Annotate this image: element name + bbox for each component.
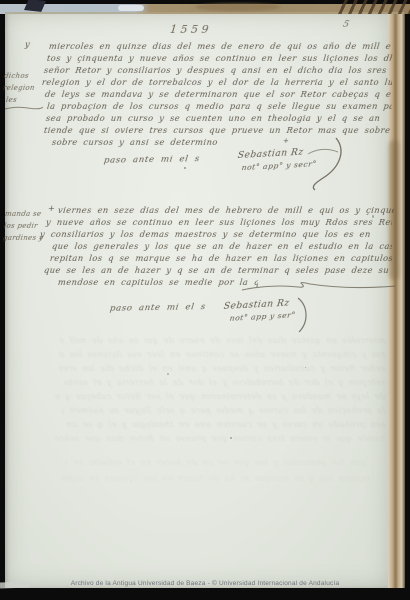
- bleedthrough-line: la probaçion de los cursos q medio para …: [61, 406, 385, 415]
- manuscript-line: señor Retor y consiliarios y despues q a…: [43, 65, 392, 75]
- bleedthrough-line: que los generales y los que se an de haz…: [65, 458, 366, 467]
- margin-note-line: relegion: [2, 84, 45, 92]
- manuscript-line: sobre cursos y ansi se determino: [51, 137, 252, 147]
- manuscript-line: de leys se mandava y se determinaron que…: [44, 89, 392, 99]
- ink-speck: [305, 367, 306, 368]
- manuscript-line: viernes en seze dias del mes de hebrero …: [57, 205, 394, 215]
- year-heading: 1559: [169, 23, 232, 36]
- manuscript-line: que los generales y los que se an de haz…: [51, 241, 392, 251]
- fore-edge-streaks: [338, 0, 410, 14]
- manuscript-line: y nueve años se continuo en leer sus liç…: [45, 217, 392, 227]
- bleedthrough-line: miercoles en quinze dias del mes de ener…: [54, 336, 385, 345]
- manuscript-line: la probaçion de los cursos q medio para …: [46, 101, 392, 111]
- manuscript-line: miercoles en quinze dias del mes de ener…: [48, 41, 392, 51]
- manuscript-line: relegion y el dor de torrebalcos y el do…: [41, 77, 392, 87]
- manuscript-line: tos y çinquenta y nueve años se continuo…: [46, 53, 392, 63]
- bleedthrough-line: señor Retor y consiliarios y despues q a…: [51, 364, 385, 373]
- bleedthrough-line: repitan los q se marque se ha de hazer e…: [59, 474, 370, 483]
- margin-note-line: les: [5, 96, 42, 104]
- ink-speck: [372, 215, 374, 218]
- closing-formula: paso ante mi el scr°: [109, 302, 206, 314]
- bleedthrough-line: tiende que si oviere tres cursos que pru…: [53, 434, 385, 443]
- manuscript-line: tiende que si oviere tres cursos que pru…: [43, 125, 392, 135]
- bleedthrough-line: de leys se mandava y se determinaron que…: [54, 392, 385, 401]
- bleedthrough-line: relegion y el dor de torrebalcos y el do…: [57, 378, 385, 387]
- manuscript-line: y consiliarios y los demas maestros y se…: [39, 229, 392, 239]
- margin-note-line: manda se: [4, 210, 47, 218]
- manuscript-line: mendose en capitulos se medie por la q: [57, 277, 258, 287]
- paragraph-end-flourish: [240, 280, 398, 294]
- ink-speck: [167, 373, 169, 375]
- signature-rubric-flourish: [302, 136, 346, 192]
- manuscript-line: sea probado un curso y se cuenten uno en…: [45, 113, 392, 123]
- ink-speck: [230, 437, 232, 439]
- margin-note-line: gardines y: [2, 234, 48, 242]
- archive-watermark: Archivo de la Antigua Universidad de Bae…: [0, 580, 410, 587]
- margin-note-line: dichos: [3, 72, 44, 80]
- bleedthrough-line: tos y çinquenta y nueve años se continuo…: [59, 350, 385, 359]
- fore-edge-stain: [196, 3, 280, 11]
- manuscript-scan-frame: 1559 5 y miercoles en quinze dias del me…: [0, 0, 410, 600]
- bleedthrough-line: sea probado un curso y se cuenten uno en…: [56, 420, 385, 429]
- signature-cross-mark: +: [283, 137, 290, 145]
- paper-sliver: [118, 5, 144, 11]
- manuscript-line: que se les an de hazer y q se an de term…: [43, 265, 392, 275]
- margin-underline-flourish: [4, 104, 44, 112]
- closing-formula: paso ante mi el scr°: [103, 154, 200, 166]
- margin-note-line: los pedir: [3, 222, 47, 230]
- paragraph2-opening-mark: +: [47, 203, 56, 213]
- ink-speck: [184, 167, 186, 169]
- manuscript-line: repitan los q se marque se ha de hazer e…: [49, 253, 392, 263]
- signature-rubric-flourish: [292, 296, 312, 334]
